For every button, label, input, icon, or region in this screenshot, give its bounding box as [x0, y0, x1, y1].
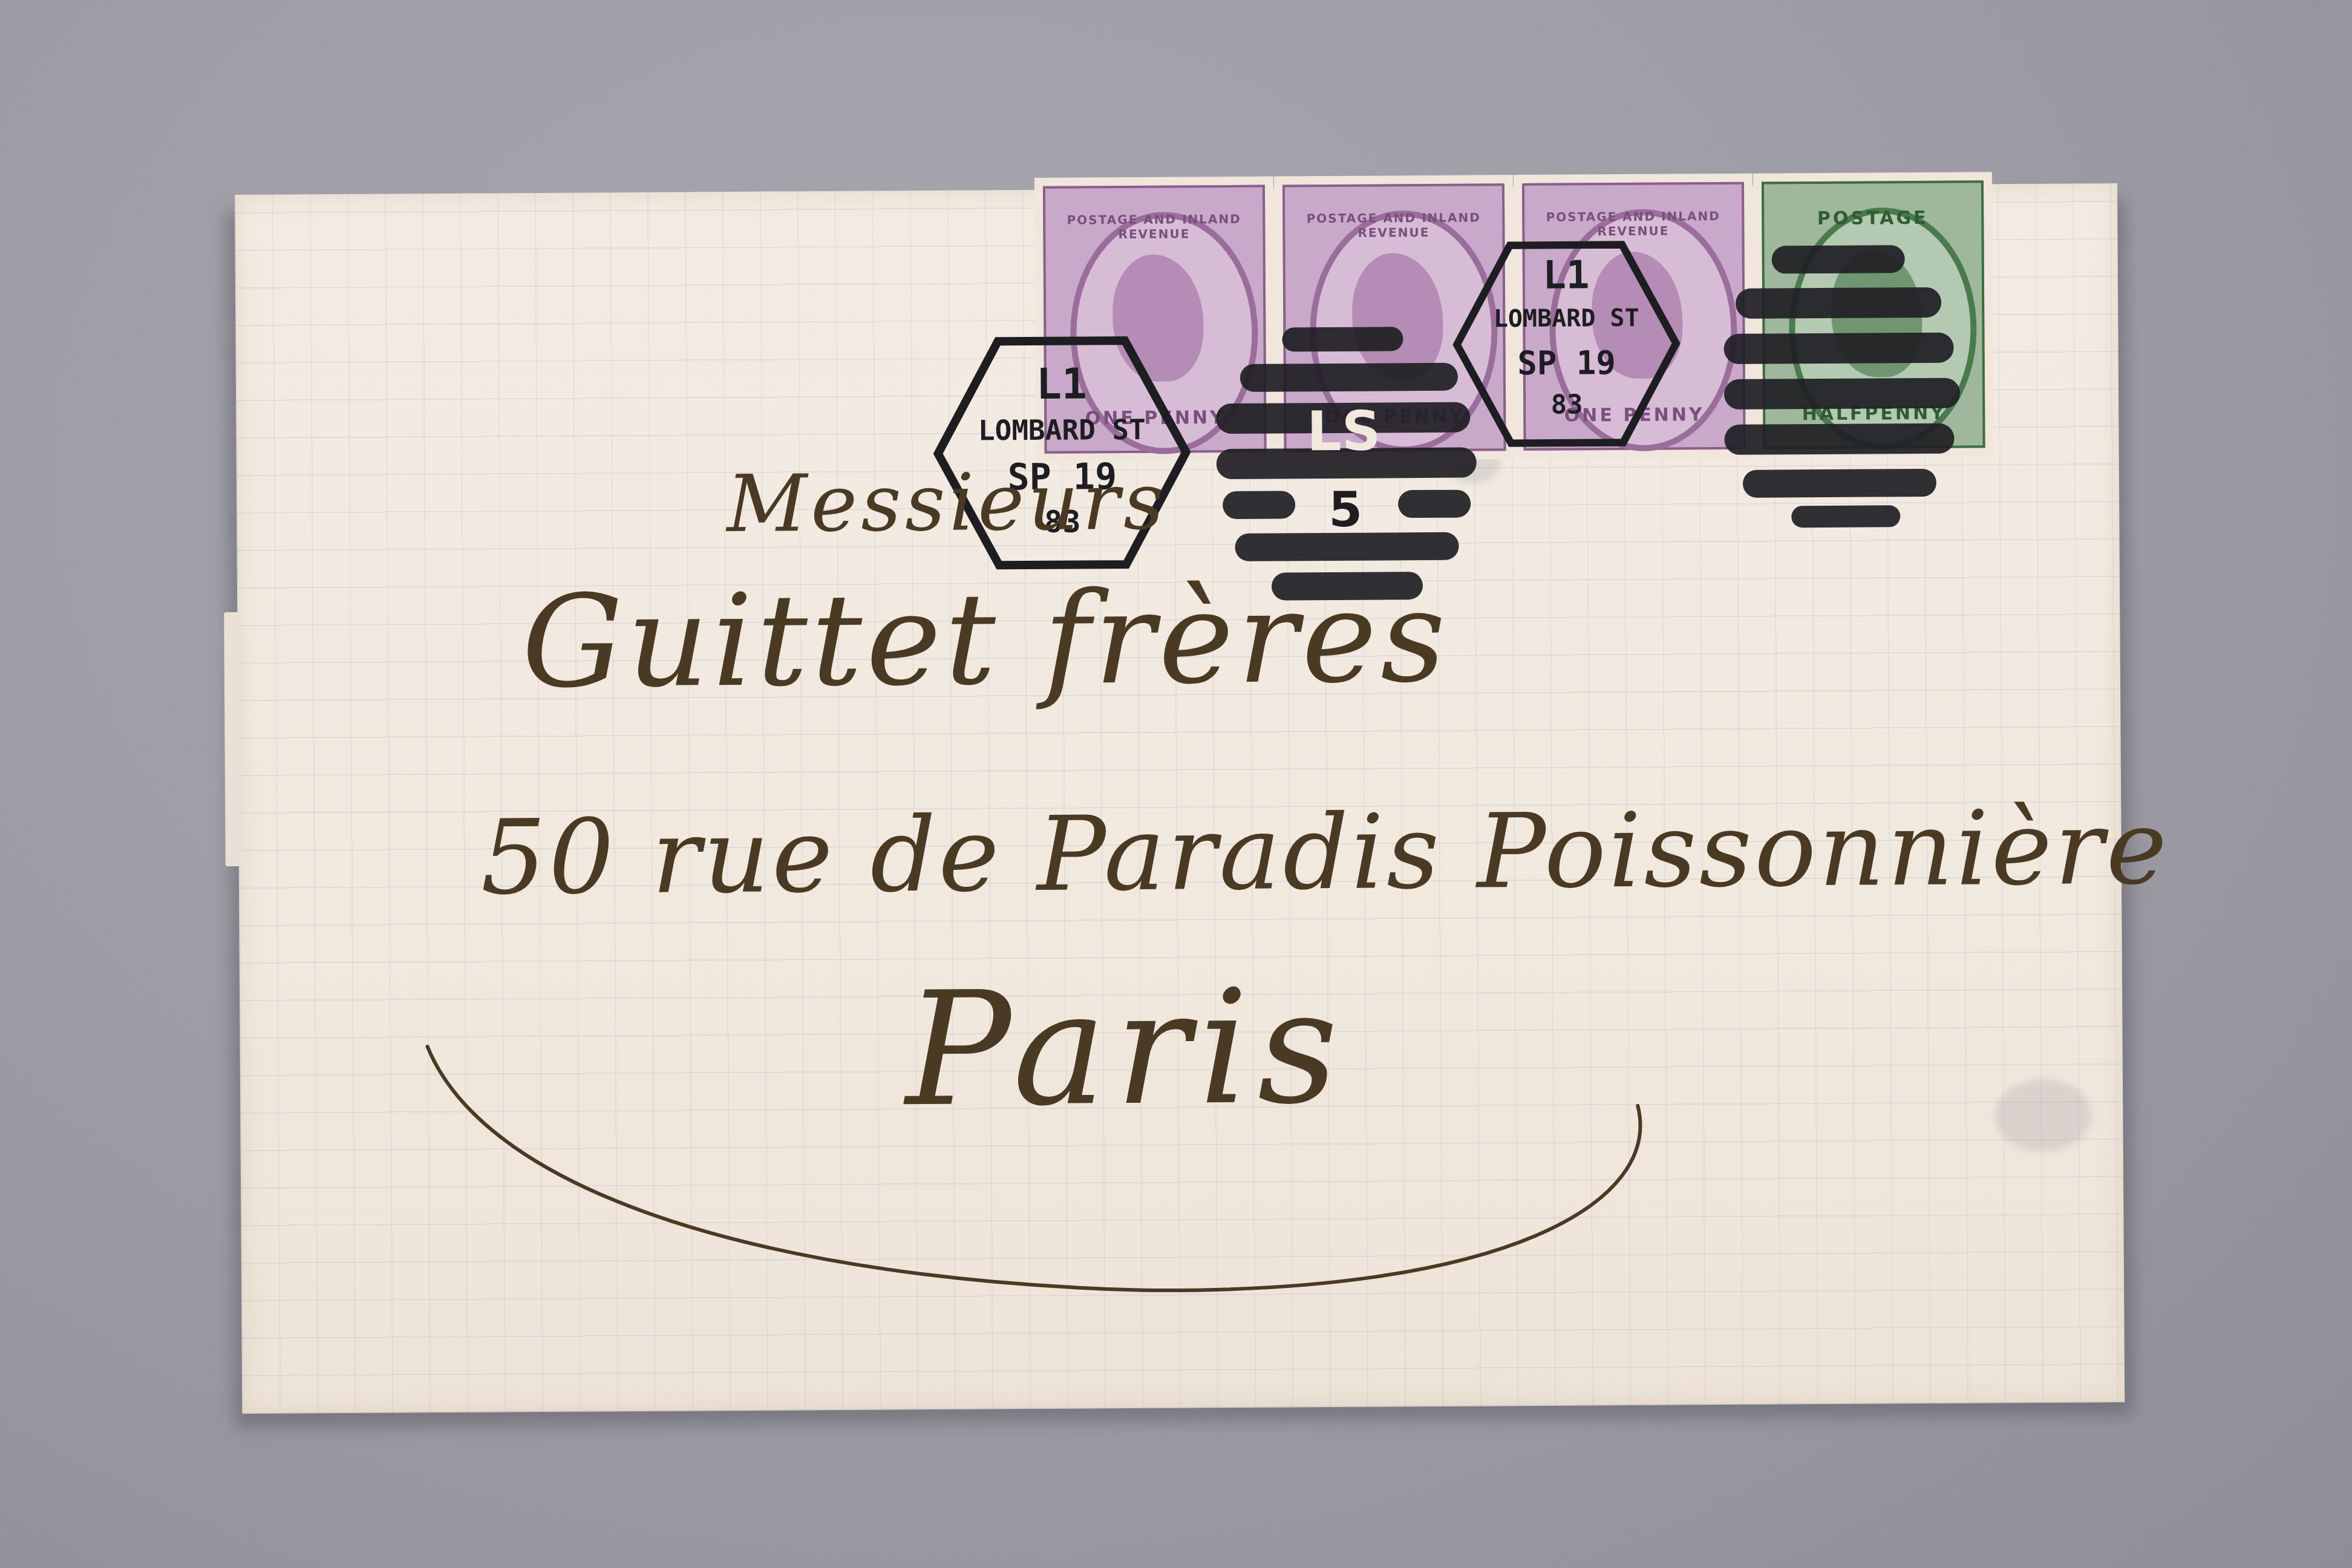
calligraphic-underline-flourish [415, 1020, 1869, 1331]
envelope: POSTAGE AND INLAND REVENUE ONE PENNY POS… [235, 183, 2125, 1414]
foxing-stain [1994, 1079, 2092, 1152]
address-salutation: Messieurs [727, 456, 1168, 550]
hexagonal-postmark: L1 LOMBARD ST SP 19 83 [1451, 234, 1682, 453]
stamp-legend-top: POSTAGE AND INLAND REVENUE [1045, 212, 1263, 242]
postmark-date: SP 19 [1452, 343, 1682, 382]
folded-flap [224, 612, 241, 866]
barred-cancel [1723, 245, 1967, 524]
postmark-office-name: LOMBARD ST [1451, 304, 1681, 333]
address-street: 50 rue de Paradis Poissonnière [480, 788, 2169, 918]
address-recipient-name: Guittet frères [521, 563, 1450, 716]
stamp-legend-top: POSTAGE [1764, 207, 1981, 229]
postmark-office-code: L1 [1451, 252, 1681, 298]
postmark-office-name: LOMBARD ST [932, 413, 1192, 447]
postmark-office-code: L1 [932, 358, 1192, 410]
postmark-year: 83 [1452, 388, 1682, 420]
cancel-numeral: 5 [1328, 482, 1362, 538]
cancel-office-letters: LS [1307, 399, 1381, 463]
